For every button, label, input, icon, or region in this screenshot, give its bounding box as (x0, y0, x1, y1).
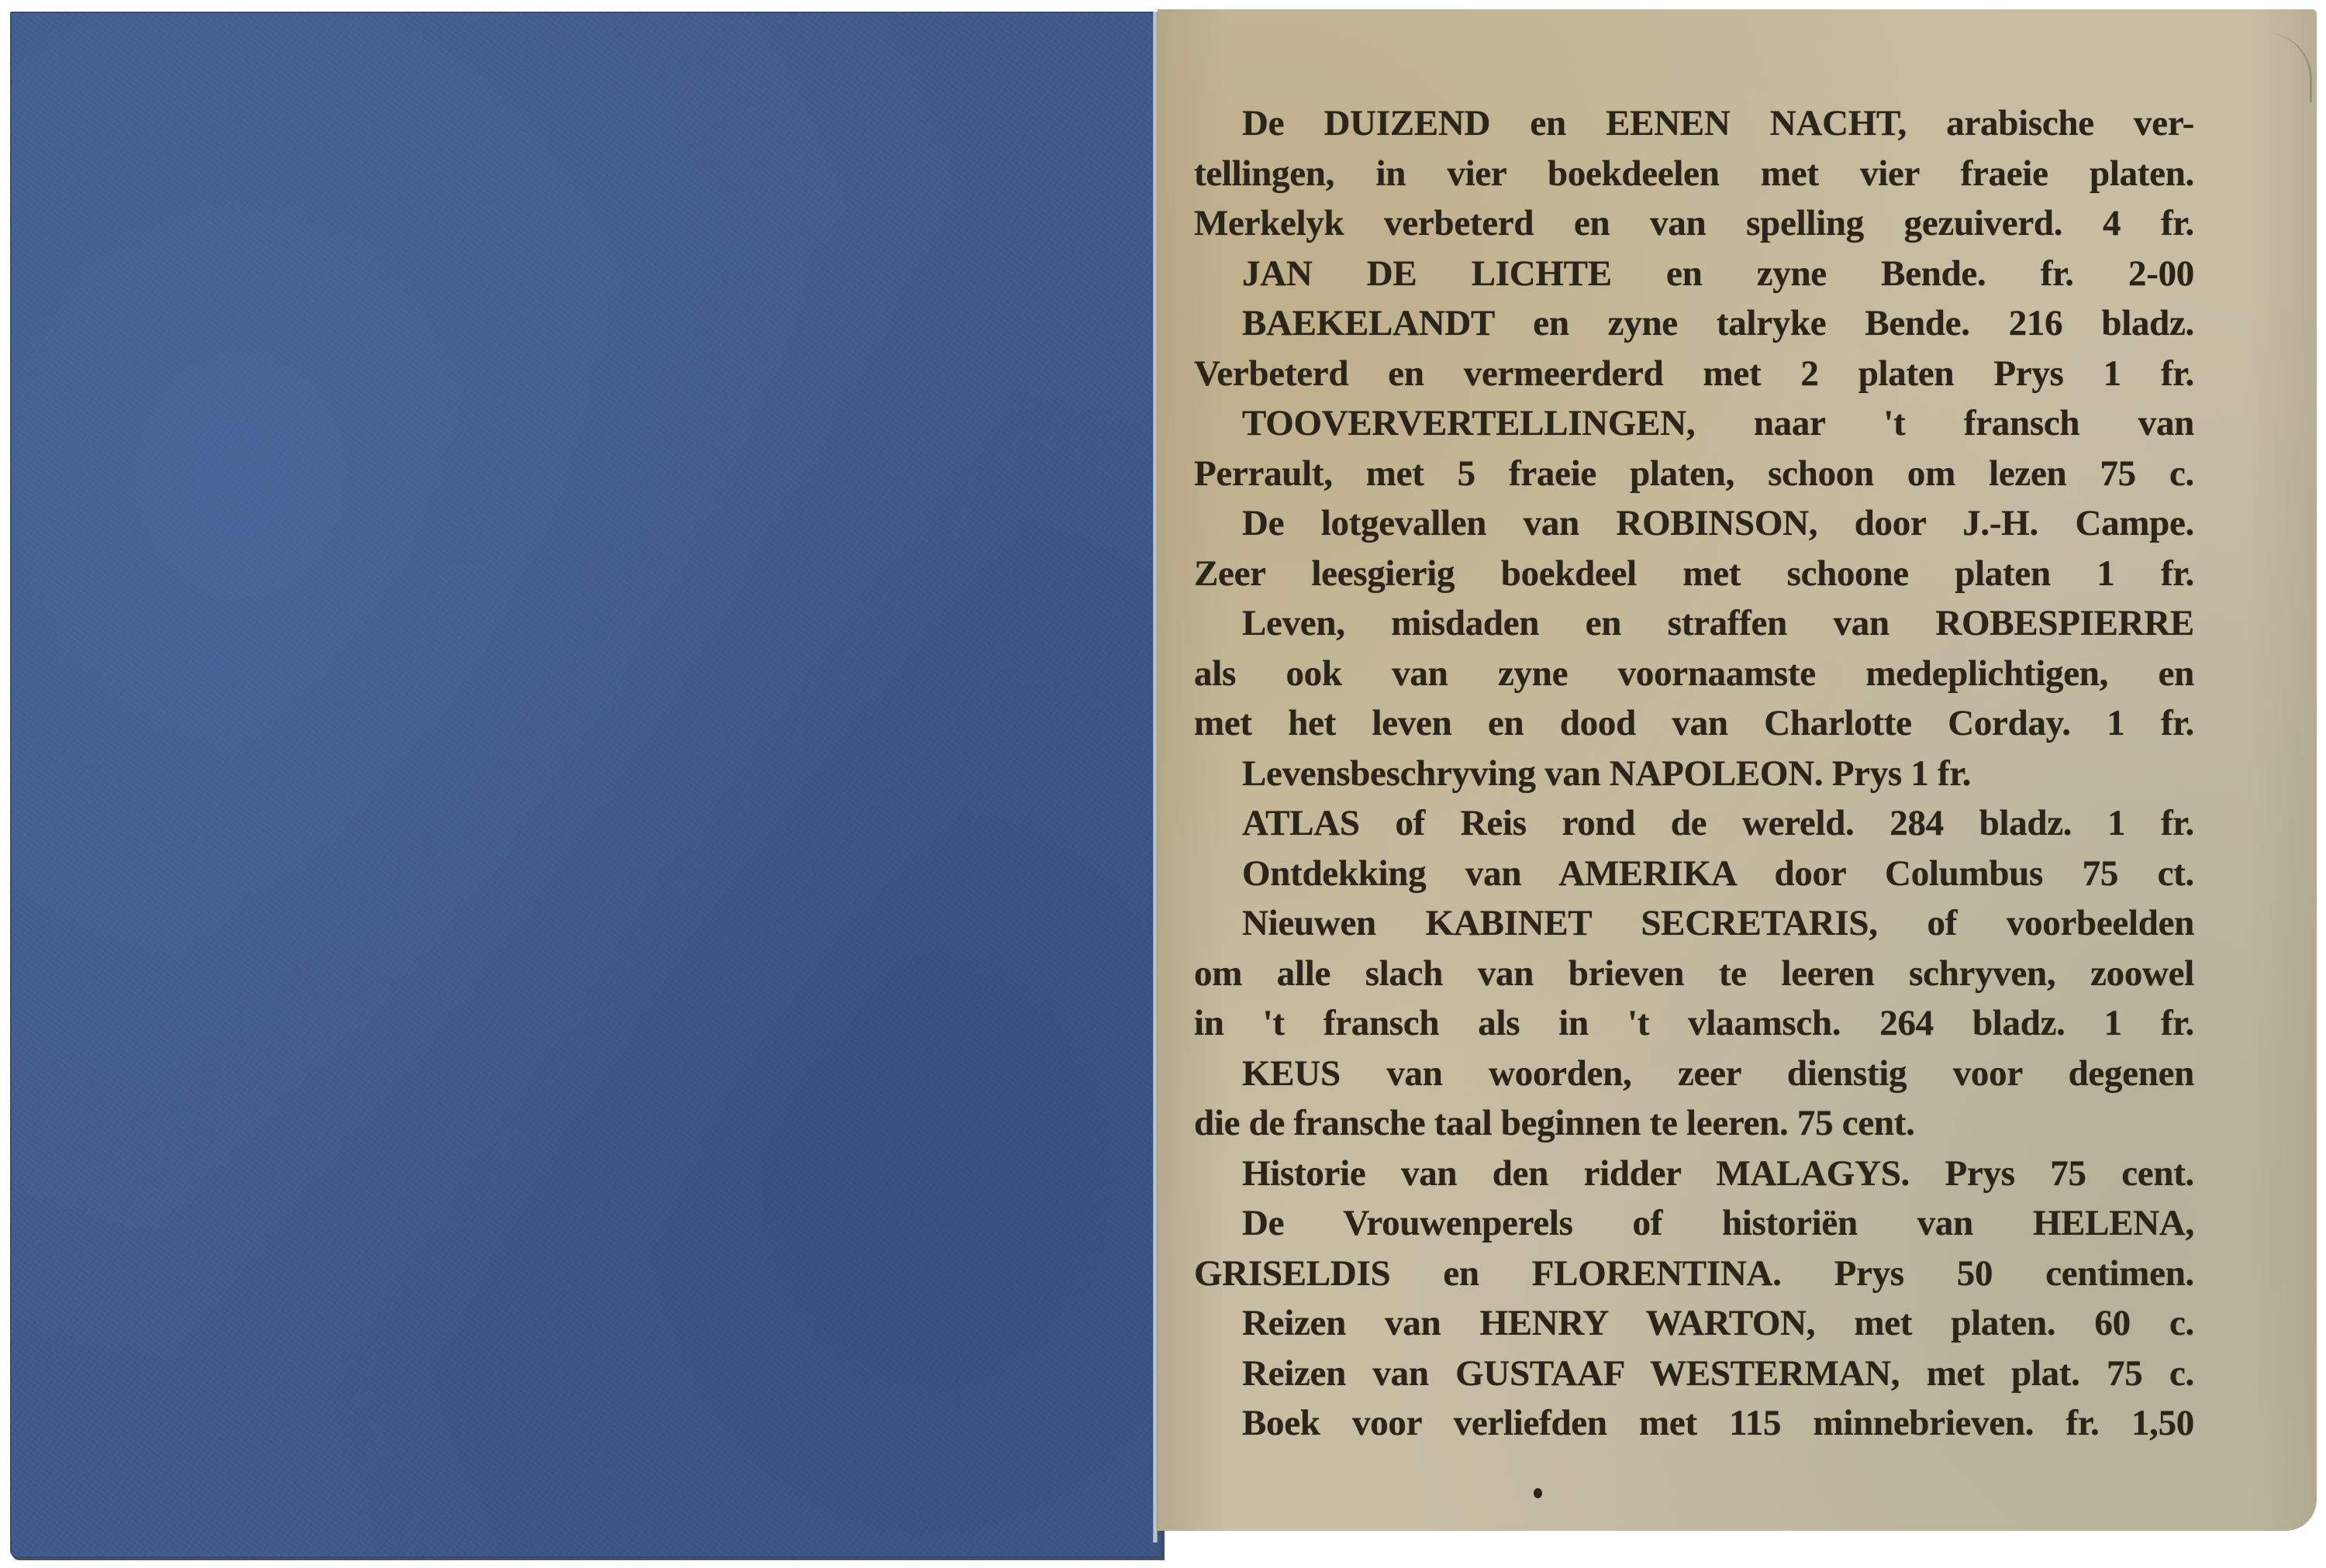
catalogue-line: in 't fransch als in 't vlaamsch. 264 bl… (1194, 998, 2194, 1049)
catalogue-line: Verbeterd en vermeerderd met 2 platen Pr… (1194, 349, 2194, 399)
blue-cover (10, 12, 1163, 1558)
catalogue-line: ATLAS of Reis rond de wereld. 284 bladz.… (1194, 798, 2194, 849)
catalogue-line: Perrault, met 5 fraeie platen, schoon om… (1194, 449, 2194, 499)
catalogue-line: GRISELDIS en FLORENTINA. Prys 50 centime… (1194, 1249, 2194, 1299)
catalogue-line: Zeer leesgierig boekdeel met schoone pla… (1194, 549, 2194, 599)
catalogue-line: Merkelyk verbeterd en van spelling gezui… (1194, 198, 2194, 249)
catalogue-line: Levensbeschryving van NAPOLEON. Prys 1 f… (1194, 749, 2194, 799)
ink-dot (1534, 1488, 1542, 1498)
catalogue-line: TOOVERVERTELLINGEN, naar 't fransch van (1194, 398, 2194, 449)
catalogue-line: BAEKELANDT en zyne talryke Bende. 216 bl… (1194, 298, 2194, 349)
catalogue-line: De Vrouwenperels of historiën van HELENA… (1194, 1198, 2194, 1249)
catalogue-line: Leven, misdaden en straffen van ROBESPIE… (1194, 598, 2194, 649)
catalogue-text: De DUIZEND en EENEN NACHT, arabische ver… (1194, 98, 2194, 1449)
catalogue-line: Reizen van HENRY WARTON, met platen. 60 … (1194, 1298, 2194, 1349)
catalogue-line: De lotgevallen van ROBINSON, door J.-H. … (1194, 498, 2194, 549)
catalogue-line: JAN DE LICHTE en zyne Bende. fr. 2-00 (1194, 249, 2194, 299)
catalogue-line: met het leven en dood van Charlotte Cord… (1194, 698, 2194, 749)
catalogue-line: KEUS van woorden, zeer dienstig voor deg… (1194, 1049, 2194, 1099)
catalogue-line: Ontdekking van AMERIKA door Columbus 75 … (1194, 849, 2194, 899)
catalogue-line: tellingen, in vier boekdeelen met vier f… (1194, 149, 2194, 199)
catalogue-line: Historie van den ridder MALAGYS. Prys 75… (1194, 1149, 2194, 1199)
catalogue-line: Nieuwen KABINET SECRETARIS, of voorbeeld… (1194, 898, 2194, 949)
catalogue-line: De DUIZEND en EENEN NACHT, arabische ver… (1194, 98, 2194, 149)
corner-curl-mark (2263, 33, 2312, 102)
catalogue-line: die de fransche taal beginnen te leeren.… (1194, 1098, 2194, 1149)
catalogue-line: om alle slach van brieven te leeren schr… (1194, 949, 2194, 999)
catalogue-line: Boek voor verliefden met 115 minnebrieve… (1194, 1398, 2194, 1449)
catalogue-line: als ook van zyne voornaamste medeplichti… (1194, 649, 2194, 699)
catalogue-page: De DUIZEND en EENEN NACHT, arabische ver… (1158, 9, 2317, 1531)
catalogue-line: Reizen van GUSTAAF WESTERMAN, met plat. … (1194, 1349, 2194, 1399)
